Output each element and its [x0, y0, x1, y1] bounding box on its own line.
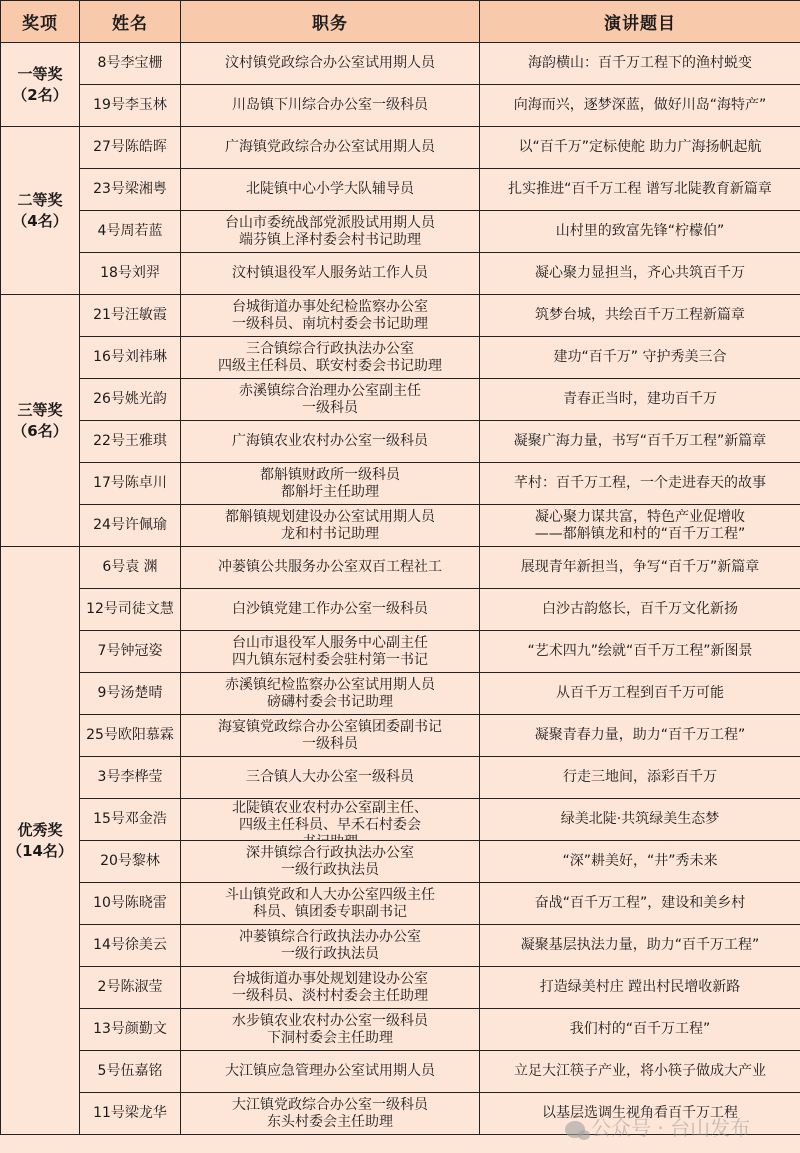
award-count: （2名）: [1, 85, 79, 106]
position-line: 赤溪镇综合治理办公室副主任: [181, 383, 479, 400]
position-line: 三合镇综合行政执法办公室: [181, 341, 479, 358]
position-line: 大江镇应急管理办公室试用期人员: [181, 1063, 479, 1080]
position-line: 四级主任科员、联安村委会书记助理: [181, 358, 479, 375]
topic-line: 凝心聚力谋共富，特色产业促增收: [480, 509, 800, 526]
position-line: 一级行政执法员: [181, 862, 479, 879]
position-cell: 北陡镇中心小学大队辅导员: [181, 169, 480, 211]
topic-cell: 我们村的“百千万工程”: [480, 1009, 800, 1051]
topic-line: 向海而兴，逐梦深蓝，做好川岛“海特产”: [480, 97, 800, 114]
topic-cell: 白沙古韵悠长，百千万文化新扬: [480, 589, 800, 631]
award-level: 三等奖: [1, 400, 79, 421]
award-level: 二等奖: [1, 190, 79, 211]
position-cell: 汶村镇退役军人服务站工作人员: [181, 253, 480, 295]
name-cell: 18号刘羿: [80, 253, 181, 295]
topic-line: 建功“百千万” 守护秀美三合: [480, 349, 800, 366]
position-line: 海宴镇党政综合办公室镇团委副书记: [181, 719, 479, 736]
position-line: 三合镇人大办公室一级科员: [181, 769, 479, 786]
topic-cell: 凝心聚力显担当，齐心共筑百千万: [480, 253, 800, 295]
topic-line: 打造绿美村庄 蹚出村民增收新路: [480, 979, 800, 996]
table-row: 22号王雅琪广海镇农业农村办公室一级科员凝聚广海力量，书写“百千万工程”新篇章: [1, 421, 800, 463]
name-cell: 8号李宝栅: [80, 43, 181, 85]
topic-line: 凝心聚力显担当，齐心共筑百千万: [480, 265, 800, 282]
name-cell: 12号司徒文慧: [80, 589, 181, 631]
topic-cell: 凝聚青春力量，助力“百千万工程”: [480, 715, 800, 757]
position-cell: 都斛镇财政所一级科员都斛圩主任助理: [181, 463, 480, 505]
position-line: 广海镇党政综合办公室试用期人员: [181, 139, 479, 156]
position-line: 台城街道办事处纪检监察办公室: [181, 299, 479, 316]
table-row: 三等奖（6名）21号汪敏霞台城街道办事处纪检监察办公室一级科员、南坑村委会书记助…: [1, 295, 800, 337]
position-cell: 赤溪镇纪检监察办公室试用期人员磅礴村委会书记助理: [181, 673, 480, 715]
position-line: 龙和村书记助理: [181, 526, 479, 543]
table-row: 二等奖（4名）27号陈皓晖广海镇党政综合办公室试用期人员以“百千万”定标使舵 助…: [1, 127, 800, 169]
position-line: 广海镇农业农村办公室一级科员: [181, 433, 479, 450]
position-line: 都斛镇财政所一级科员: [181, 467, 479, 484]
topic-cell: 山村里的致富先锋“柠檬伯”: [480, 211, 800, 253]
position-line: 北陡镇中心小学大队辅导员: [181, 181, 479, 198]
topic-cell: 奋战“百千万工程”，建设和美乡村: [480, 883, 800, 925]
award-count: （4名）: [1, 211, 79, 232]
topic-cell: 绿美北陡·共筑绿美生态梦: [480, 799, 800, 841]
topic-line: 以基层选调生视角看百千万工程: [480, 1105, 800, 1122]
topic-cell: 芊村：百千万工程，一个走进春天的故事: [480, 463, 800, 505]
table-row: 12号司徒文慧白沙镇党建工作办公室一级科员白沙古韵悠长，百千万文化新扬: [1, 589, 800, 631]
position-cell: 广海镇党政综合办公室试用期人员: [181, 127, 480, 169]
topic-cell: 向海而兴，逐梦深蓝，做好川岛“海特产”: [480, 85, 800, 127]
position-line: 端芬镇上泽村委会村书记助理: [181, 232, 479, 249]
topic-cell: 凝心聚力谋共富，特色产业促增收——都斛镇龙和村的“百千万工程”: [480, 505, 800, 547]
table-row: 23号梁湘粤北陡镇中心小学大队辅导员扎实推进“百千万工程 谱写北陡教育新篇章: [1, 169, 800, 211]
position-line: 科员、镇团委专职副书记: [181, 904, 479, 921]
position-line: 汶村镇退役军人服务站工作人员: [181, 265, 479, 282]
name-cell: 5号伍嘉铭: [80, 1051, 181, 1093]
name-cell: 3号李桦莹: [80, 757, 181, 799]
topic-cell: 凝聚广海力量，书写“百千万工程”新篇章: [480, 421, 800, 463]
header-topic: 演讲题目: [480, 1, 800, 43]
topic-cell: 以“百千万”定标使舵 助力广海扬帆起航: [480, 127, 800, 169]
name-cell: 17号陈卓川: [80, 463, 181, 505]
award-level: 优秀奖: [1, 820, 79, 841]
table-row: 20号黎林深井镇综合行政执法办公室一级行政执法员“深”耕美好，“井”秀未来: [1, 841, 800, 883]
position-cell: 都斛镇规划建设办公室试用期人员龙和村书记助理: [181, 505, 480, 547]
topic-line: 扎实推进“百千万工程 谱写北陡教育新篇章: [480, 181, 800, 198]
position-cell: 台城街道办事处规划建设办公室一级科员、淡村村委会主任助理: [181, 967, 480, 1009]
topic-line: 青春正当时，建功百千万: [480, 391, 800, 408]
position-cell: 海宴镇党政综合办公室镇团委副书记一级科员: [181, 715, 480, 757]
name-cell: 7号钟冠姿: [80, 631, 181, 673]
topic-line: 白沙古韵悠长，百千万文化新扬: [480, 601, 800, 618]
table-row: 26号姚光韵赤溪镇综合治理办公室副主任一级科员青春正当时，建功百千万: [1, 379, 800, 421]
position-cell: 北陡镇农业农村办公室副主任、四级主任科员、早禾石村委会书记助理: [181, 799, 480, 841]
topic-line: 从百千万工程到百千万可能: [480, 685, 800, 702]
position-line: 台山市委统战部党派股试用期人员: [181, 215, 479, 232]
position-line: 深井镇综合行政执法办公室: [181, 845, 479, 862]
table-row: 优秀奖（14名）6号袁 渊冲蒌镇公共服务办公室双百工程社工展现青年新担当，争写“…: [1, 547, 800, 589]
topic-cell: 展现青年新担当，争写“百千万”新篇章: [480, 547, 800, 589]
position-line: 北陡镇农业农村办公室副主任、: [181, 800, 479, 817]
name-cell: 4号周若蓝: [80, 211, 181, 253]
name-cell: 16号刘祎琳: [80, 337, 181, 379]
topic-cell: 扎实推进“百千万工程 谱写北陡教育新篇章: [480, 169, 800, 211]
name-cell: 23号梁湘粤: [80, 169, 181, 211]
topic-line: 立足大江筷子产业，将小筷子做成大产业: [480, 1063, 800, 1080]
position-line: 一级科员: [181, 736, 479, 753]
table-row: 9号汤楚晴赤溪镇纪检监察办公室试用期人员磅礴村委会书记助理从百千万工程到百千万可…: [1, 673, 800, 715]
table-row: 15号邓金浩北陡镇农业农村办公室副主任、四级主任科员、早禾石村委会书记助理绿美北…: [1, 799, 800, 841]
table-row: 16号刘祎琳三合镇综合行政执法办公室四级主任科员、联安村委会书记助理建功“百千万…: [1, 337, 800, 379]
position-line: 一级科员、淡村村委会主任助理: [181, 988, 479, 1005]
position-cell: 赤溪镇综合治理办公室副主任一级科员: [181, 379, 480, 421]
position-cell: 汶村镇党政综合办公室试用期人员: [181, 43, 480, 85]
position-line: 四级主任科员、早禾石村委会: [181, 817, 479, 834]
name-cell: 13号颜勤文: [80, 1009, 181, 1051]
award-level-cell: 三等奖（6名）: [1, 295, 80, 547]
topic-line: 绿美北陡·共筑绿美生态梦: [480, 811, 800, 828]
topic-cell: 筑梦台城，共绘百千万工程新篇章: [480, 295, 800, 337]
topic-line: 奋战“百千万工程”，建设和美乡村: [480, 895, 800, 912]
position-line: 一级行政执法员: [181, 946, 479, 963]
header-name: 姓名: [80, 1, 181, 43]
table-row: 24号许佩瑜都斛镇规划建设办公室试用期人员龙和村书记助理凝心聚力谋共富，特色产业…: [1, 505, 800, 547]
position-line: 冲蒌镇公共服务办公室双百工程社工: [181, 559, 479, 576]
topic-cell: 从百千万工程到百千万可能: [480, 673, 800, 715]
topic-cell: 以基层选调生视角看百千万工程: [480, 1093, 800, 1135]
name-cell: 15号邓金浩: [80, 799, 181, 841]
topic-line: “深”耕美好，“井”秀未来: [480, 853, 800, 870]
position-line: 下洞村委会主任助理: [181, 1030, 479, 1047]
topic-cell: 凝聚基层执法力量，助力“百千万工程”: [480, 925, 800, 967]
topic-line: 芊村：百千万工程，一个走进春天的故事: [480, 475, 800, 492]
award-level: 一等奖: [1, 64, 79, 85]
position-line: 磅礴村委会书记助理: [181, 694, 479, 711]
table-body: 一等奖（2名）8号李宝栅汶村镇党政综合办公室试用期人员海韵横山：百千万工程下的渔…: [1, 43, 800, 1135]
topic-cell: 立足大江筷子产业，将小筷子做成大产业: [480, 1051, 800, 1093]
topic-line: 筑梦台城，共绘百千万工程新篇章: [480, 307, 800, 324]
name-cell: 22号王雅琪: [80, 421, 181, 463]
position-cell: 三合镇人大办公室一级科员: [181, 757, 480, 799]
table-row: 4号周若蓝台山市委统战部党派股试用期人员端芬镇上泽村委会村书记助理山村里的致富先…: [1, 211, 800, 253]
award-level-cell: 优秀奖（14名）: [1, 547, 80, 1135]
topic-line: 凝聚青春力量，助力“百千万工程”: [480, 727, 800, 744]
position-line: 书记助理: [181, 834, 479, 840]
table-row: 2号陈淑莹台城街道办事处规划建设办公室一级科员、淡村村委会主任助理打造绿美村庄 …: [1, 967, 800, 1009]
topic-cell: 行走三地间，添彩百千万: [480, 757, 800, 799]
position-cell: 大江镇应急管理办公室试用期人员: [181, 1051, 480, 1093]
table-row: 25号欧阳慕霖海宴镇党政综合办公室镇团委副书记一级科员凝聚青春力量，助力“百千万…: [1, 715, 800, 757]
name-cell: 9号汤楚晴: [80, 673, 181, 715]
position-line: 四九镇东冠村委会驻村第一书记: [181, 652, 479, 669]
position-line: 赤溪镇纪检监察办公室试用期人员: [181, 677, 479, 694]
position-cell: 台山市退役军人服务中心副主任四九镇东冠村委会驻村第一书记: [181, 631, 480, 673]
position-line: 水步镇农业农村办公室一级科员: [181, 1013, 479, 1030]
name-cell: 25号欧阳慕霖: [80, 715, 181, 757]
position-cell: 水步镇农业农村办公室一级科员下洞村委会主任助理: [181, 1009, 480, 1051]
position-cell: 台城街道办事处纪检监察办公室一级科员、南坑村委会书记助理: [181, 295, 480, 337]
table-row: 7号钟冠姿台山市退役军人服务中心副主任四九镇东冠村委会驻村第一书记“艺术四九”绘…: [1, 631, 800, 673]
table-row: 13号颜勤文水步镇农业农村办公室一级科员下洞村委会主任助理我们村的“百千万工程”: [1, 1009, 800, 1051]
name-cell: 21号汪敏霞: [80, 295, 181, 337]
table-row: 3号李桦莹三合镇人大办公室一级科员行走三地间，添彩百千万: [1, 757, 800, 799]
award-table: 奖项 姓名 职务 演讲题目 一等奖（2名）8号李宝栅汶村镇党政综合办公室试用期人…: [0, 0, 800, 1135]
position-line: 台山市退役军人服务中心副主任: [181, 635, 479, 652]
position-line: 一级科员: [181, 400, 479, 417]
position-cell: 深井镇综合行政执法办公室一级行政执法员: [181, 841, 480, 883]
position-cell: 台山市委统战部党派股试用期人员端芬镇上泽村委会村书记助理: [181, 211, 480, 253]
topic-cell: “深”耕美好，“井”秀未来: [480, 841, 800, 883]
header-position: 职务: [181, 1, 480, 43]
name-cell: 24号许佩瑜: [80, 505, 181, 547]
position-line: 东头村委会主任助理: [181, 1114, 479, 1131]
topic-line: 行走三地间，添彩百千万: [480, 769, 800, 786]
position-line: 汶村镇党政综合办公室试用期人员: [181, 55, 479, 72]
name-cell: 10号陈晓雷: [80, 883, 181, 925]
topic-cell: 海韵横山：百千万工程下的渔村蜕变: [480, 43, 800, 85]
table-row: 17号陈卓川都斛镇财政所一级科员都斛圩主任助理芊村：百千万工程，一个走进春天的故…: [1, 463, 800, 505]
topic-line: 海韵横山：百千万工程下的渔村蜕变: [480, 55, 800, 72]
position-line: 大江镇党政综合办公室一级科员: [181, 1097, 479, 1114]
table-row: 11号梁龙华大江镇党政综合办公室一级科员东头村委会主任助理以基层选调生视角看百千…: [1, 1093, 800, 1135]
topic-cell: 打造绿美村庄 蹚出村民增收新路: [480, 967, 800, 1009]
name-cell: 26号姚光韵: [80, 379, 181, 421]
topic-line: 我们村的“百千万工程”: [480, 1021, 800, 1038]
topic-line: “艺术四九”绘就“百千万工程”新图景: [480, 643, 800, 660]
award-count: （14名）: [1, 841, 79, 862]
position-cell: 广海镇农业农村办公室一级科员: [181, 421, 480, 463]
award-level-cell: 一等奖（2名）: [1, 43, 80, 127]
topic-line: 以“百千万”定标使舵 助力广海扬帆起航: [480, 139, 800, 156]
position-cell: 大江镇党政综合办公室一级科员东头村委会主任助理: [181, 1093, 480, 1135]
position-cell: 斗山镇党政和人大办公室四级主任科员、镇团委专职副书记: [181, 883, 480, 925]
position-line: 冲蒌镇综合行政执法办办公室: [181, 929, 479, 946]
topic-line: 凝聚基层执法力量，助力“百千万工程”: [480, 937, 800, 954]
header-award: 奖项: [1, 1, 80, 43]
table-row: 一等奖（2名）8号李宝栅汶村镇党政综合办公室试用期人员海韵横山：百千万工程下的渔…: [1, 43, 800, 85]
position-line: 川岛镇下川综合办公室一级科员: [181, 97, 479, 114]
name-cell: 2号陈淑莹: [80, 967, 181, 1009]
table-row: 14号徐美云冲蒌镇综合行政执法办办公室一级行政执法员凝聚基层执法力量，助力“百千…: [1, 925, 800, 967]
name-cell: 27号陈皓晖: [80, 127, 181, 169]
table-row: 19号李玉林川岛镇下川综合办公室一级科员向海而兴，逐梦深蓝，做好川岛“海特产”: [1, 85, 800, 127]
topic-cell: 青春正当时，建功百千万: [480, 379, 800, 421]
topic-line: 凝聚广海力量，书写“百千万工程”新篇章: [480, 433, 800, 450]
topic-line: 山村里的致富先锋“柠檬伯”: [480, 223, 800, 240]
name-cell: 19号李玉林: [80, 85, 181, 127]
table-row: 5号伍嘉铭大江镇应急管理办公室试用期人员立足大江筷子产业，将小筷子做成大产业: [1, 1051, 800, 1093]
position-line: 都斛圩主任助理: [181, 484, 479, 501]
position-cell: 川岛镇下川综合办公室一级科员: [181, 85, 480, 127]
position-line: 台城街道办事处规划建设办公室: [181, 971, 479, 988]
position-cell: 冲蒌镇公共服务办公室双百工程社工: [181, 547, 480, 589]
name-cell: 6号袁 渊: [80, 547, 181, 589]
topic-cell: 建功“百千万” 守护秀美三合: [480, 337, 800, 379]
position-line: 斗山镇党政和人大办公室四级主任: [181, 887, 479, 904]
table-row: 18号刘羿汶村镇退役军人服务站工作人员凝心聚力显担当，齐心共筑百千万: [1, 253, 800, 295]
award-level-cell: 二等奖（4名）: [1, 127, 80, 295]
position-line: 都斛镇规划建设办公室试用期人员: [181, 509, 479, 526]
table-row: 10号陈晓雷斗山镇党政和人大办公室四级主任科员、镇团委专职副书记奋战“百千万工程…: [1, 883, 800, 925]
topic-line: ——都斛镇龙和村的“百千万工程”: [480, 526, 800, 543]
position-line: 白沙镇党建工作办公室一级科员: [181, 601, 479, 618]
name-cell: 20号黎林: [80, 841, 181, 883]
topic-cell: “艺术四九”绘就“百千万工程”新图景: [480, 631, 800, 673]
position-cell: 冲蒌镇综合行政执法办办公室一级行政执法员: [181, 925, 480, 967]
topic-line: 展现青年新担当，争写“百千万”新篇章: [480, 559, 800, 576]
name-cell: 14号徐美云: [80, 925, 181, 967]
position-cell: 白沙镇党建工作办公室一级科员: [181, 589, 480, 631]
name-cell: 11号梁龙华: [80, 1093, 181, 1135]
header-row: 奖项 姓名 职务 演讲题目: [1, 1, 800, 43]
award-count: （6名）: [1, 421, 79, 442]
position-line: 一级科员、南坑村委会书记助理: [181, 316, 479, 333]
position-cell: 三合镇综合行政执法办公室四级主任科员、联安村委会书记助理: [181, 337, 480, 379]
